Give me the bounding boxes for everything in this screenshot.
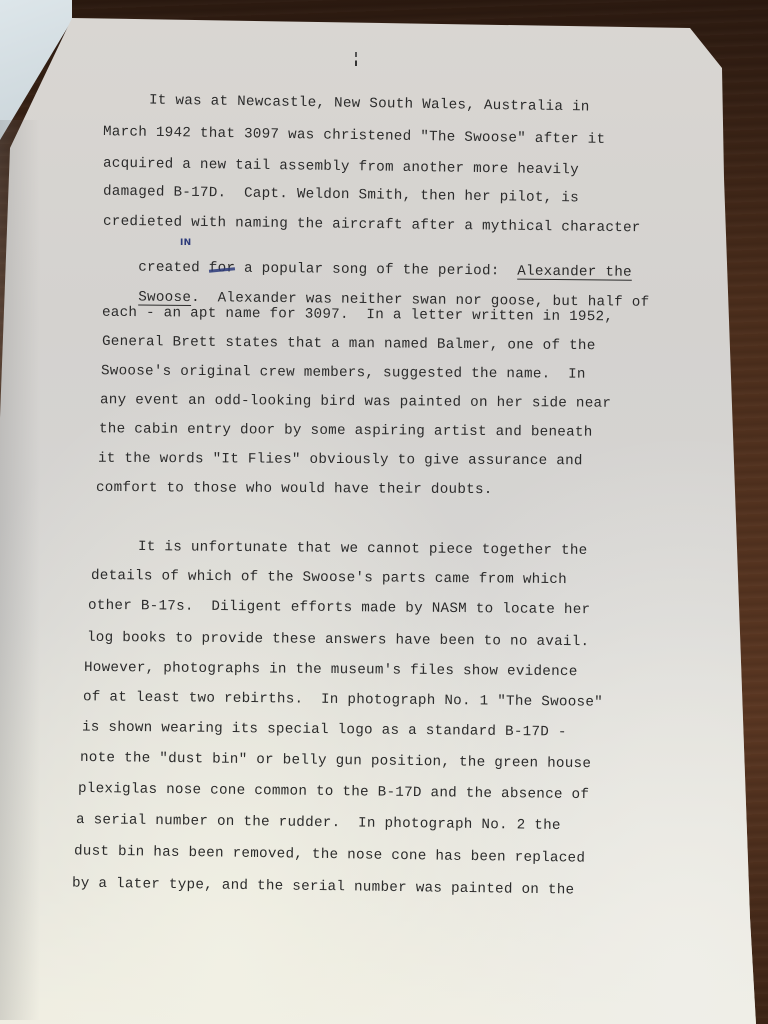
text-line: plexiglas nose cone common to the B-17D … [78,781,589,803]
text-line: is shown wearing its special logo as a s… [82,719,567,740]
song-title-underlined: Swoose [138,290,191,307]
text-line: Swoose's original crew members, suggeste… [101,363,586,382]
text-line: a serial number on the rudder. In photog… [76,812,561,834]
text-line: note the "dust bin" or belly gun positio… [80,750,591,772]
text-line: each - an apt name for 3097. In a letter… [102,305,613,325]
text-line: March 1942 that 3097 was christened "The… [103,124,606,148]
text-line: damaged B-17D. Capt. Weldon Smith, then … [103,184,579,207]
text-line: other B-17s. Diligent efforts made by NA… [88,598,591,618]
text-line: dust bin has been removed, the nose cone… [74,843,585,866]
text-line: acquired a new tail assembly from anothe… [103,156,579,179]
text-line: However, photographs in the museum's fil… [84,660,578,680]
text-line: the cabin entry door by some aspiring ar… [99,421,593,440]
text-line: any event an odd-looking bird was painte… [100,392,611,412]
handwritten-correction: IN [180,238,191,248]
text-line: It is unfortunate that we cannot piece t… [138,539,588,559]
page-text: It was at Newcastle, New South Wales, Au… [0,0,768,1024]
text-line: General Brett states that a man named Ba… [102,334,596,354]
text-line: details of which of the Swoose's parts c… [91,568,567,588]
text-line: comfort to those who would have their do… [96,480,493,498]
text-line: by a later type, and the serial number w… [72,875,575,898]
text-line: of at least two rebirths. In photograph … [83,689,603,710]
text-line: log books to provide these answers have … [87,630,590,650]
text-line: credieted with naming the aircraft after… [103,214,641,237]
text-line: It was at Newcastle, New South Wales, Au… [149,93,590,116]
text-line: it the words "It Flies" obviously to giv… [98,451,583,470]
